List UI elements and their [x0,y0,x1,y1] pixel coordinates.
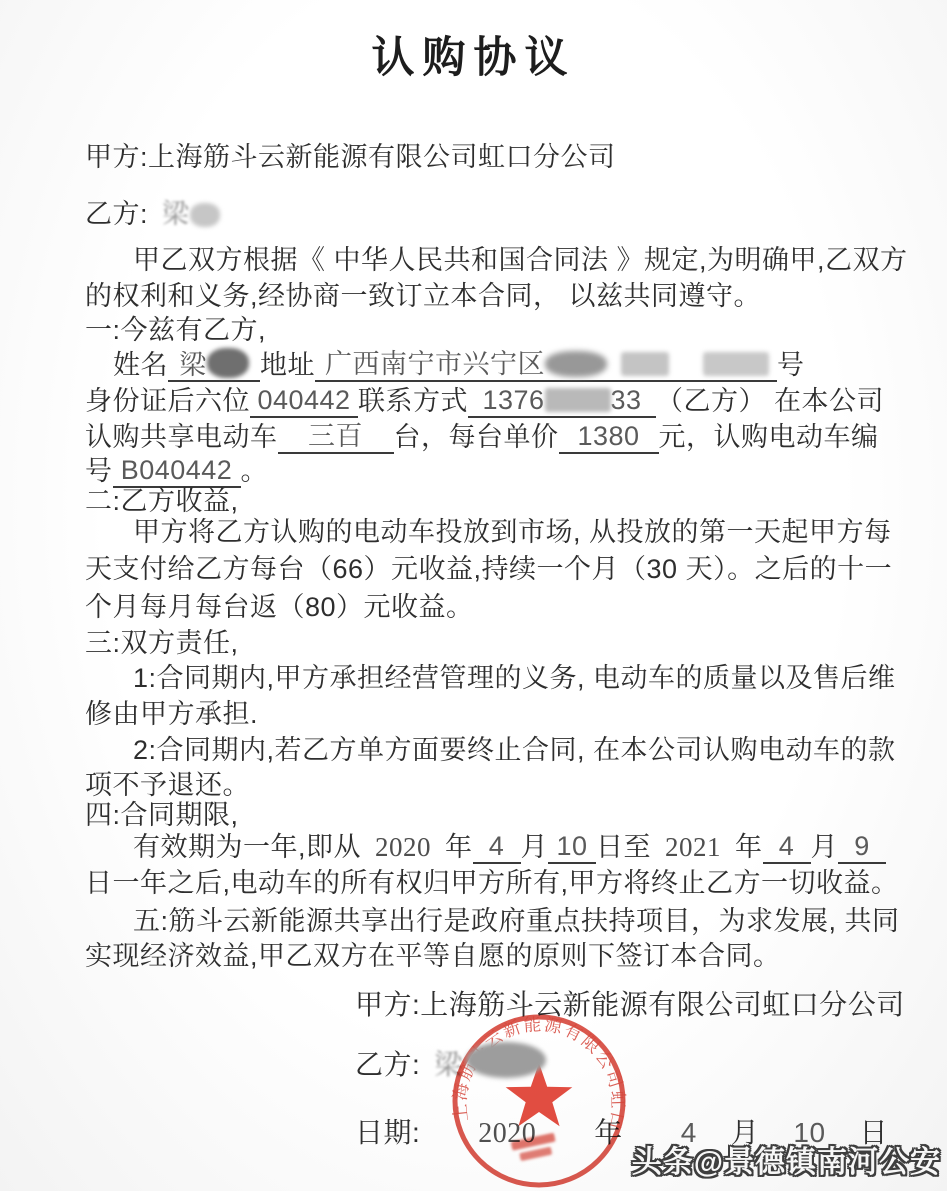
end-day-value: 9 [854,831,870,861]
id-label: 身份证后六位 [85,386,250,416]
section2-line-1: 甲方将乙方认购的电动车投放到市场, 从投放的第一天起甲方每 [133,515,892,549]
after-price-text: 元，认购电动车编 [659,422,879,452]
start-month-blank: 4 [473,830,521,864]
section3-item2-line1: 2:合同期内,若乙方单方面要终止合同, 在本公司认购电动车的款 [133,733,896,767]
validity-period-line: 有效期为一年,即从2020年4月10日至2021年4月9 [133,830,886,864]
section1-heading: 一:今兹有乙方, [85,313,266,347]
company-seal: 上海筋斗云新能源有限公司虹口分公司 [450,1012,628,1190]
code-label: 号 [85,456,113,486]
document-page: 认购协议 甲方:上海筋斗云新能源有限公司虹口分公司 乙方:梁 甲乙双方根据《 中… [0,0,947,1191]
year-char: 年 [445,832,473,862]
address-label: 地址 [260,350,315,380]
start-day-blank: 10 [548,830,596,864]
validity-pre-text: 有效期为一年,即从 [133,832,361,862]
end-month-blank: 4 [763,830,811,864]
phone-label: 联系方式 [358,386,468,416]
name-value: 梁 [179,350,207,380]
name-address-line: 姓名梁地址广西南宁市兴宁区号 [113,348,805,382]
start-day-value: 10 [556,831,587,861]
id-blank: 040442 [250,384,358,418]
name-label: 姓名 [113,350,168,380]
date-label: 日期: [355,1117,420,1148]
watermark: 头条@景德镇南河公安 [632,1137,941,1181]
purchase-label: 认购共享电动车 [85,422,278,452]
phone-blank: 137633 [468,384,656,418]
after-phone-text: （乙方） 在本公司 [656,386,884,416]
vehicle-code-line: 号B040442。 [85,454,268,488]
start-month-value: 4 [489,831,505,861]
signature-party-b: 乙方:梁 [355,1048,463,1082]
purchase-line: 认购共享电动车三百台，每台单价1380元，认购电动车编 [85,420,879,454]
code-blank: B040442 [113,454,241,488]
redaction-blur [545,388,611,412]
start-year-value: 2020 [375,832,431,862]
until-text: 日至 [596,832,651,862]
quantity-blank: 三百 [278,420,394,454]
section3-heading: 三:双方责任, [85,626,239,660]
signature-party-a: 甲方:上海筋斗云新能源有限公司虹口分公司 [355,988,905,1022]
section3-item1-line2: 修由甲方承担. [85,697,258,731]
code-value: B040442 [121,455,233,485]
redaction-blur [545,351,607,377]
redaction-blur [207,348,249,378]
code-period: 。 [241,456,269,486]
redaction-blur [621,352,669,376]
party-b-label: 乙方: [85,199,148,229]
after-quantity-text: 台，每台单价 [394,422,559,452]
section2-line-2: 天支付给乙方每台（66）元收益,持续一个月（30 天）。之后的十一 [85,552,892,586]
intro-line-1: 甲乙双方根据《 中华人民共和国合同法 》规定,为明确甲,乙双方 [133,243,908,277]
intro-line-2: 的权利和义务,经协商一致订立本合同， 以兹共同遵守。 [85,279,761,313]
seal-ring [455,1017,623,1185]
address-suffix: 号 [777,350,805,380]
price-blank: 1380 [559,420,659,454]
phone-value-start: 1376 [482,385,544,415]
section3-item2-line2: 项不予退还。 [85,768,250,802]
date-year-char: 年 [594,1117,623,1148]
party-b-line: 乙方:梁 [85,197,220,231]
section2-heading: 二:乙方收益, [85,484,239,518]
section2-line-3: 个月每月每台返（80）元收益。 [85,590,474,624]
party-a-line: 甲方:上海筋斗云新能源有限公司虹口分公司 [85,140,616,174]
signature-party-b-name: 梁 [434,1049,463,1080]
company-seal-svg: 上海筋斗云新能源有限公司虹口分公司 [450,1012,628,1190]
month-char-2: 月 [811,832,839,862]
redaction-blur [466,1042,546,1078]
address-value: 广西南宁市兴宁区 [325,349,545,379]
id-value: 040442 [257,385,350,415]
id-phone-line: 身份证后六位040442联系方式137633（乙方） 在本公司 [85,384,884,418]
address-blank: 广西南宁市兴宁区 [315,348,777,382]
document-title: 认购协议 [0,24,947,85]
section4-line-2: 日一年之后,电动车的所有权归甲方所有,甲方将终止乙方一切收益。 [85,866,899,900]
section3-item1-line1: 1:合同期内,甲方承担经营管理的义务, 电动车的质量以及售后维 [133,661,896,695]
quantity-value: 三百 [308,421,363,451]
signature-party-b-label: 乙方: [355,1049,420,1080]
section5-line-2: 实现经济效益,甲乙双方在平等自愿的原则下签订本合同。 [85,939,781,973]
name-blank: 梁 [168,348,260,382]
month-char: 月 [521,832,549,862]
end-year-value: 2021 [665,832,721,862]
price-value: 1380 [577,421,639,451]
section5-line-1: 五:筋斗云新能源共享出行是政府重点扶持项目，为求发展, 共同 [133,904,900,938]
party-b-name-redacted: 梁 [162,199,190,229]
end-day-blank: 9 [838,830,886,864]
redaction-blur [703,352,769,376]
date-year: 2020 [478,1118,536,1149]
year-char-2: 年 [735,832,763,862]
section4-heading: 四:合同期限, [85,798,239,832]
end-month-value: 4 [779,831,795,861]
phone-value-end: 33 [611,385,642,415]
redaction-blur [190,203,220,227]
